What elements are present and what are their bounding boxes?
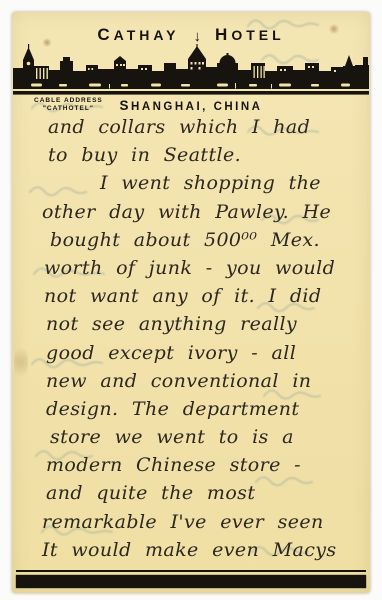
handwritten-line: and collars which I had [48,113,370,141]
handwritten-line: and quite the most [46,479,370,507]
handwritten-line: store we went to is a [50,423,370,451]
handwritten-line: new and conventional in [46,367,370,395]
hotel-name-right: HOTEL [215,25,285,45]
letterhead-location: SHANGHAI, CHINA [12,98,370,113]
handwritten-line: not want any of it. I did [44,282,370,310]
handwritten-line: bought about 500⁰⁰ Mex. [50,226,370,254]
handwritten-line: other day with Pawley. He [42,198,370,226]
handwritten-line: good except ivory - all [46,339,370,367]
handwritten-line: It would make even Macys [42,536,370,564]
handwritten-line: worth of junk - you would [44,254,370,282]
handwritten-line: I went shopping the [100,169,370,197]
down-arrow-icon: ↓ [194,28,202,45]
handwritten-line: design. The department [46,395,370,423]
scanned-letter: CATHAY↓HOTEL [0,0,382,600]
hotel-name-left: CATHAY [97,25,179,45]
footer-thick-bar [16,575,366,588]
footer-thin-rule [16,570,366,572]
letter-paper: CATHAY↓HOTEL [12,12,370,593]
hotel-masthead: CATHAY↓HOTEL [12,25,370,45]
handwritten-line: modern Chinese store - [46,451,370,479]
letter-body: and collars which I had to buy in Seattl… [12,113,370,564]
handwritten-line: not see anything really [46,310,370,338]
handwritten-line: remarkable I've ever seen [42,508,370,536]
handwritten-line: to buy in Seattle. [48,141,370,169]
bund-skyline-illustration [13,44,369,96]
